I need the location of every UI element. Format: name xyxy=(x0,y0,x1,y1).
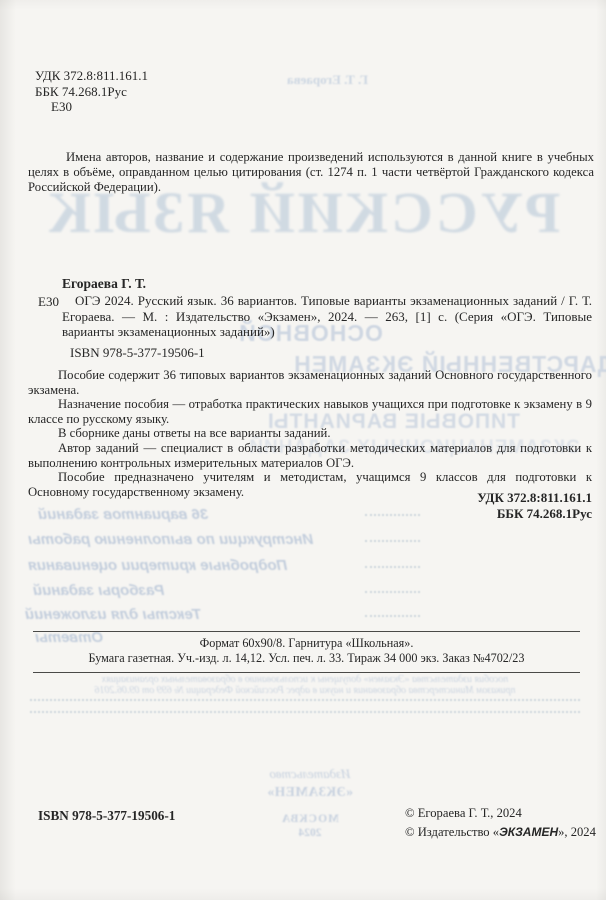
imprint-box: Формат 60х90/8. Гарнитура «Школьная». Бу… xyxy=(33,631,580,673)
book-imprint-page: Г. Т. Егораева РУССКИЙ ЯЗЫК ОСНОВНОЙ ГОС… xyxy=(0,0,606,900)
copyright-publisher-prefix: © Издательство « xyxy=(405,825,499,839)
bibliographic-entry: ОГЭ 2024. Русский язык. 36 вариантов. Ти… xyxy=(62,293,592,340)
copyright-publisher: © Издательство «ЭКЗАМЕН», 2024 xyxy=(405,823,596,842)
annotation-paragraph: В сборнике даны ответы на все варианты з… xyxy=(28,426,592,441)
udk-number: УДК 372.8:811.161.1 xyxy=(35,68,148,84)
annotation-paragraph: Автор заданий — специалист в области раз… xyxy=(28,441,592,470)
bbk-number: ББК 74.268.1Рус xyxy=(35,84,148,100)
printed-content: УДК 372.8:811.161.1 ББК 74.268.1Рус Е30 … xyxy=(0,0,606,900)
citation-notice: Имена авторов, название и содержание про… xyxy=(28,150,594,196)
annotation-block: Пособие содержит 36 типовых вариантов эк… xyxy=(28,368,592,499)
imprint-line-format: Формат 60х90/8. Гарнитура «Школьная». xyxy=(33,636,580,651)
isbn-top: ISBN 978-5-377-19506-1 xyxy=(70,345,205,361)
classification-block: УДК 372.8:811.161.1 ББК 74.268.1Рус Е30 xyxy=(35,68,148,115)
author-name: Егораева Г. Т. xyxy=(62,276,146,292)
annotation-paragraph: Пособие содержит 36 типовых вариантов эк… xyxy=(28,368,592,397)
annotation-paragraph: Назначение пособия — отработка практичес… xyxy=(28,397,592,426)
copyright-publisher-suffix: », 2024 xyxy=(558,825,596,839)
bbk-number-bottom: ББК 74.268.1Рус xyxy=(477,506,592,522)
udk-number-bottom: УДК 372.8:811.161.1 xyxy=(477,490,592,506)
copyright-block: © Егораева Г. Т., 2024 © Издательство «Э… xyxy=(405,804,596,841)
classification-block-bottom: УДК 372.8:811.161.1 ББК 74.268.1Рус xyxy=(477,490,592,522)
author-sign-code: Е30 xyxy=(35,99,148,115)
entry-code: Е30 xyxy=(38,294,59,310)
imprint-line-paper: Бумага газетная. Уч.-изд. л. 14,12. Усл.… xyxy=(33,651,580,666)
isbn-bottom: ISBN 978-5-377-19506-1 xyxy=(38,808,175,824)
copyright-author: © Егораева Г. Т., 2024 xyxy=(405,804,596,823)
copyright-publisher-brand: ЭКЗАМЕН xyxy=(499,825,558,839)
